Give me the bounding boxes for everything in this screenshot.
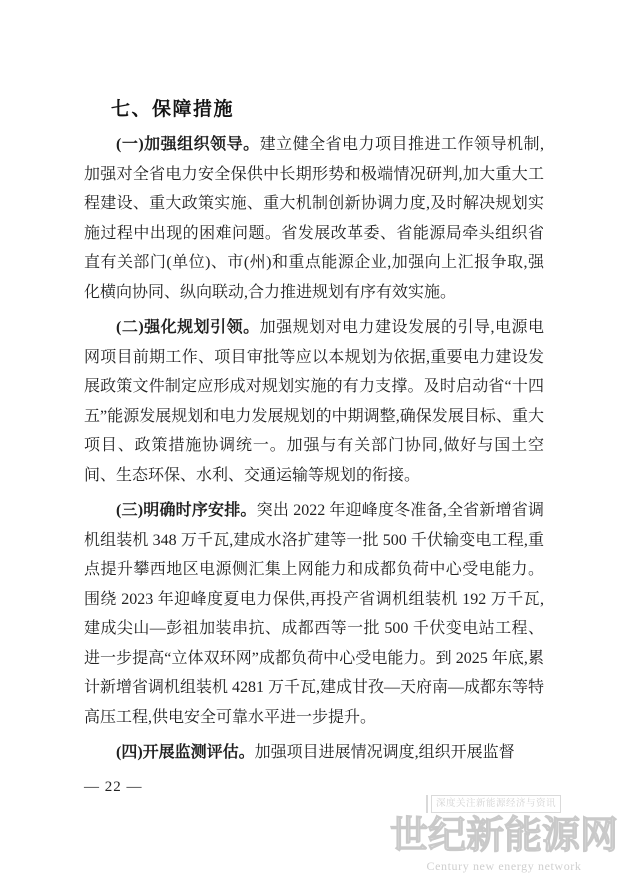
paragraph-monitoring-evaluation: (四)开展监测评估。加强项目进展情况调度,组织开展监督 — [84, 738, 544, 768]
paragraph-schedule-arrangement: (三)明确时序安排。突出 2022 年迎峰度冬准备,全省新增省调机组装机 348… — [84, 496, 544, 732]
page-number: — 22 — — [84, 779, 143, 796]
watermark-tagline-bar — [426, 795, 428, 813]
watermark-tagline: 深度关注新能源经济与资讯 — [426, 795, 618, 813]
paragraph-3-body: 突出 2022 年迎峰度冬准备,全省新增省调机组装机 348 万千瓦,建成水洛扩… — [84, 502, 544, 726]
page-content: 七、保障措施 (一)加强组织领导。建立健全省电力项目推进工作领导机制,加强对全省… — [84, 94, 544, 768]
document-page: 七、保障措施 (一)加强组织领导。建立健全省电力项目推进工作领导机制,加强对全省… — [0, 0, 620, 876]
watermark-subtitle: Century new energy network — [390, 859, 618, 874]
section-heading: 七、保障措施 — [84, 94, 544, 121]
paragraph-4-body: 加强项目进展情况调度,组织开展监督 — [255, 744, 515, 761]
paragraph-planning-guidance: (二)强化规划引领。加强规划对电力建设发展的引导,电源电网项目前期工作、项目审批… — [84, 313, 544, 490]
paragraph-1-lead: (一)加强组织领导。 — [116, 136, 260, 153]
paragraph-organization-leadership: (一)加强组织领导。建立健全省电力项目推进工作领导机制,加强对全省电力安全保供中… — [84, 130, 544, 307]
paragraph-2-body: 加强规划对电力建设发展的引导,电源电网项目前期工作、项目审批等应以本规划为依据,… — [84, 319, 544, 484]
paragraph-3-lead: (三)明确时序安排。 — [116, 502, 257, 519]
watermark-tagline-text: 深度关注新能源经济与资讯 — [431, 795, 561, 813]
paragraph-2-lead: (二)强化规划引领。 — [116, 319, 260, 336]
paragraph-1-body: 建立健全省电力项目推进工作领导机制,加强对全省电力安全保供中长期形势和极端情况研… — [84, 136, 544, 301]
watermark: 深度关注新能源经济与资讯 世纪新能源网 Century new energy n… — [390, 795, 618, 874]
watermark-title: 世纪新能源网 — [390, 815, 618, 857]
paragraph-4-lead: (四)开展监测评估。 — [116, 744, 255, 761]
